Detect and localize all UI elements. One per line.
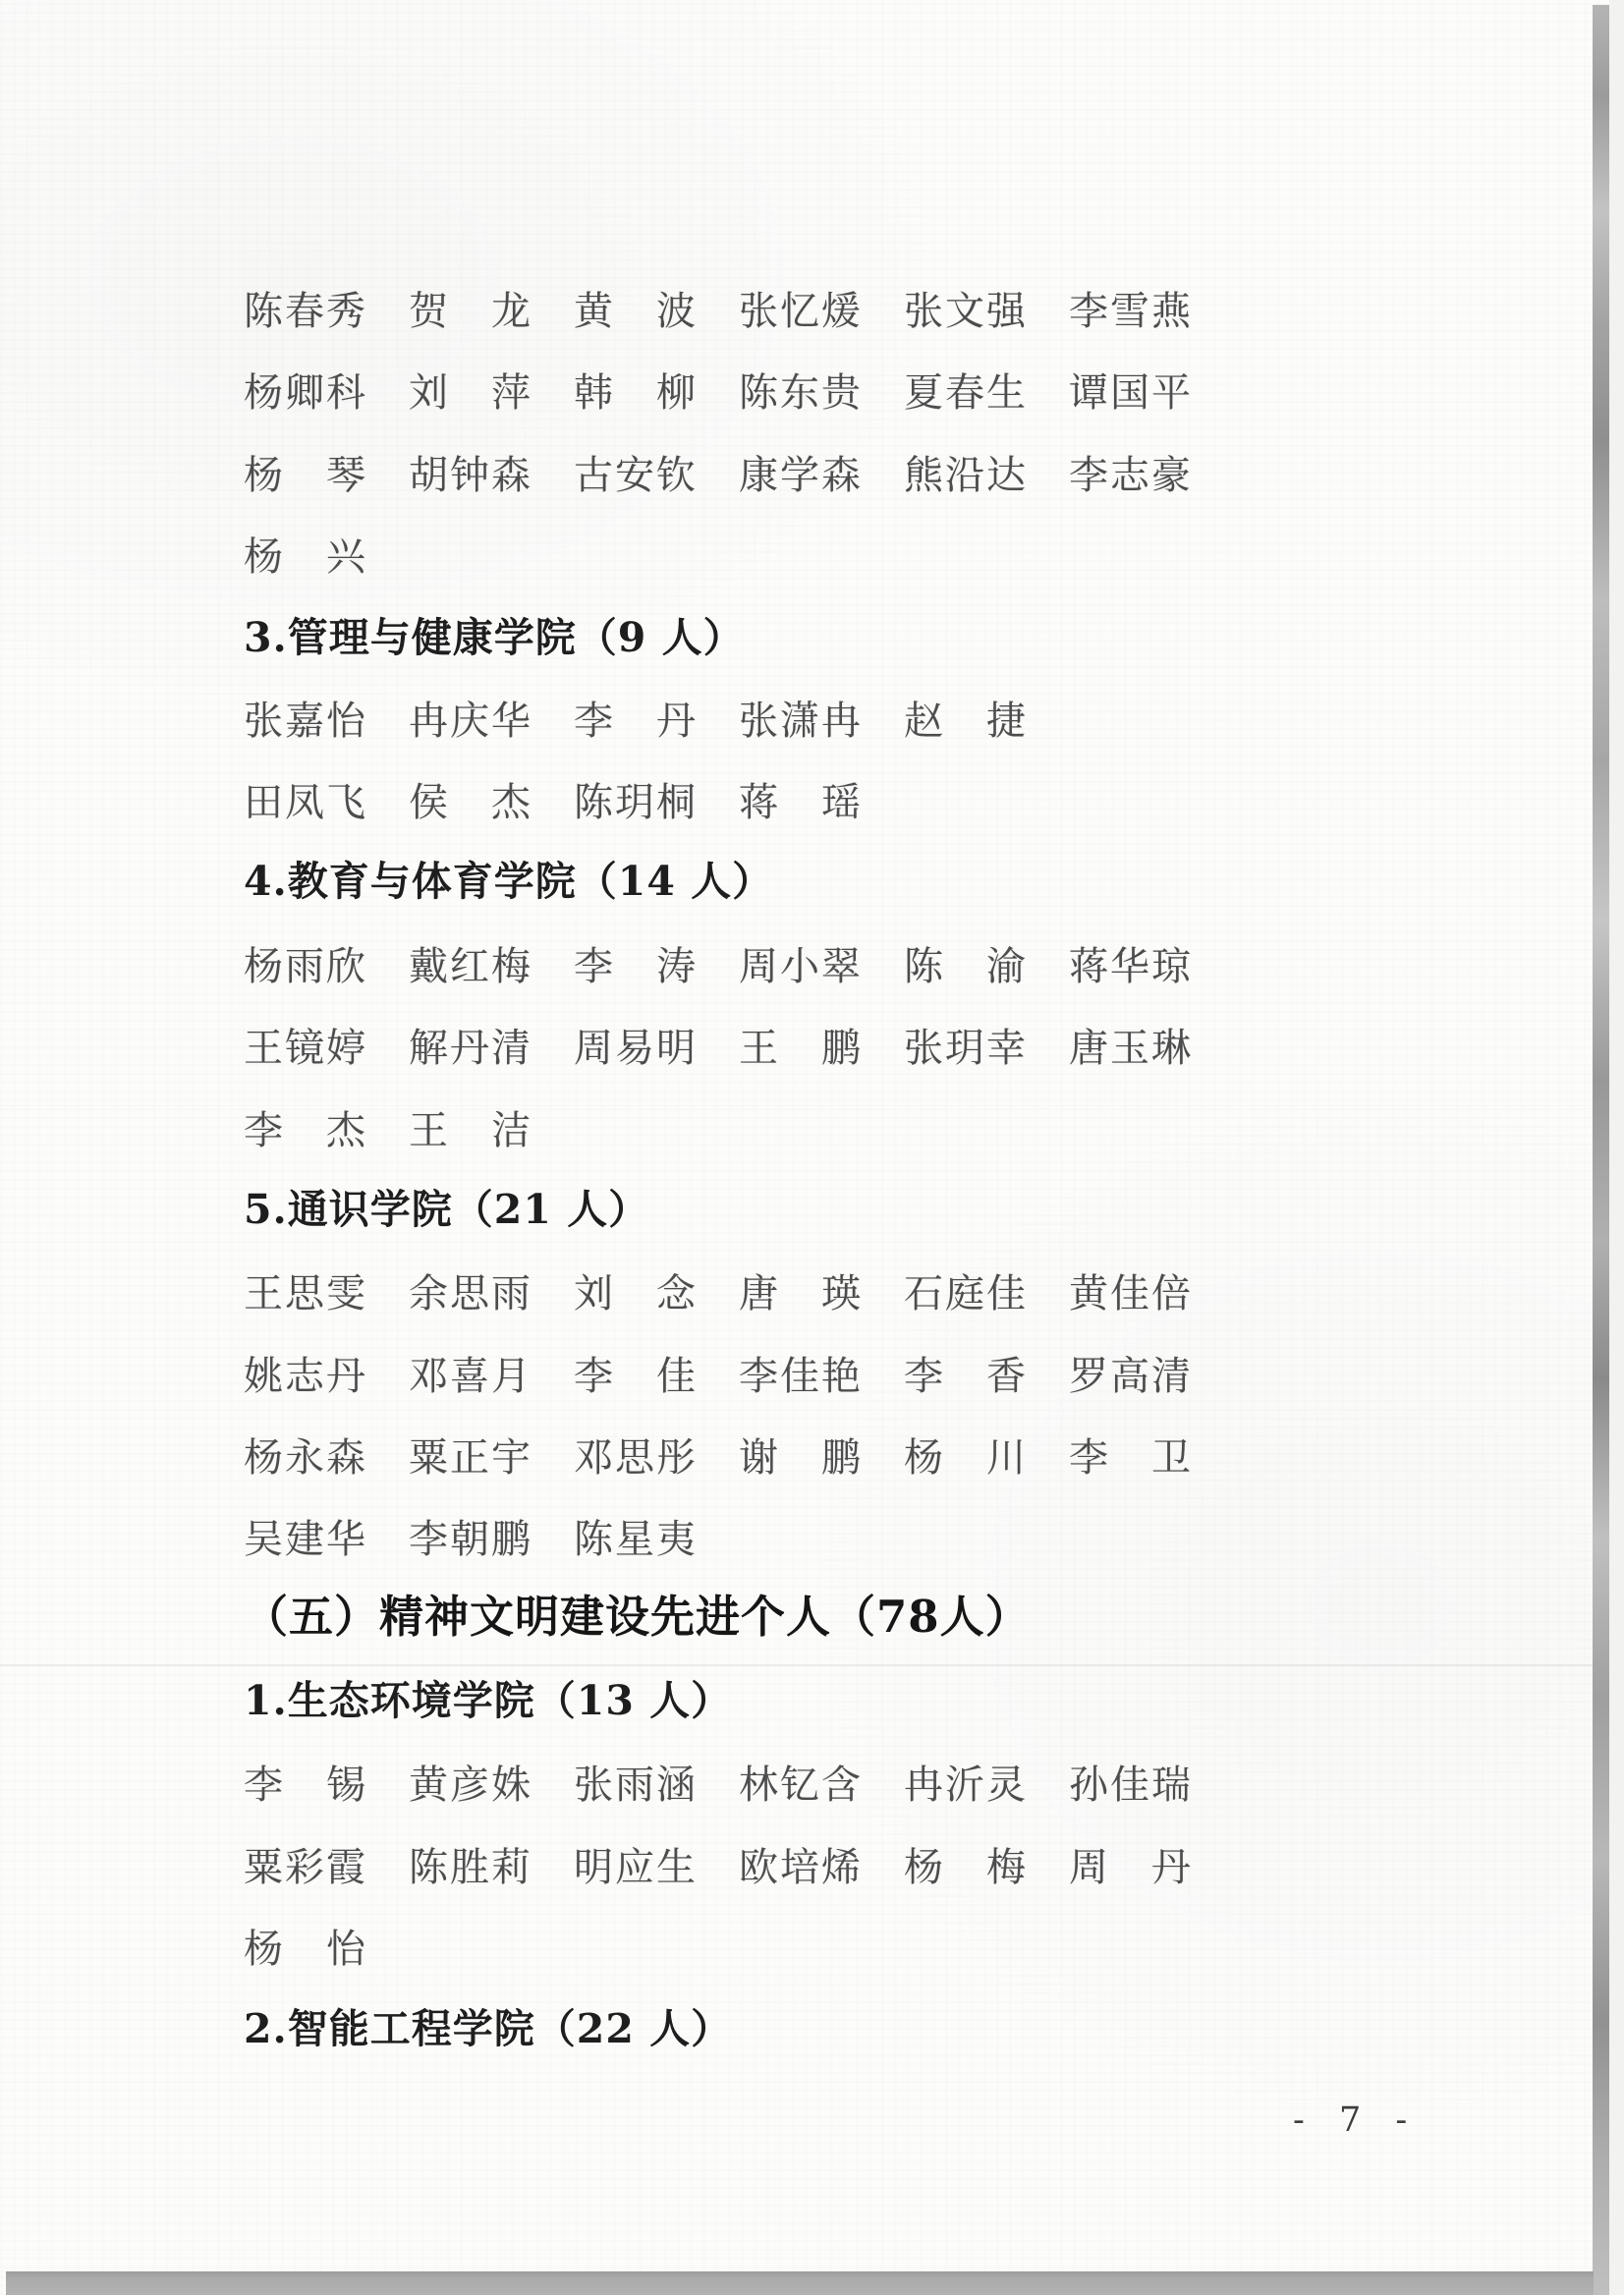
chapter-heading: （五）精神文明建设先进个人（78人） bbox=[244, 1592, 1031, 1643]
section-heading: 5.通识学院（21 人） bbox=[244, 1187, 649, 1233]
scanned-page: 陈春秀 贺 龙 黄 波 张忆煖 张文强 李雪燕 杨卿科 刘 萍 韩 柳 陈东贵 … bbox=[0, 0, 1624, 2295]
name-row: 杨 怡 bbox=[244, 1927, 367, 1972]
page-number: - 7 - bbox=[1293, 2100, 1419, 2140]
name-row: 杨 琴 胡钟森 古安钦 康学森 熊沿达 李志豪 bbox=[244, 453, 1193, 498]
name-row: 杨 兴 bbox=[244, 534, 367, 580]
scan-artifact-line bbox=[0, 1664, 1593, 1666]
scan-edge-margin bbox=[1609, 0, 1624, 2295]
name-row: 姚志丹 邓喜月 李 佳 李佳艳 李 香 罗高清 bbox=[244, 1354, 1193, 1399]
name-row: 王镜婷 解丹清 周易明 王 鹏 张玥幸 唐玉琳 bbox=[244, 1026, 1193, 1071]
name-row: 陈春秀 贺 龙 黄 波 张忆煖 张文强 李雪燕 bbox=[244, 289, 1193, 334]
name-row: 李 锡 黄彦姝 张雨涵 林钇含 冉沂灵 孙佳瑞 bbox=[244, 1763, 1193, 1808]
scan-artifact-line bbox=[0, 1105, 1593, 1106]
name-row: 田凤飞 侯 杰 陈玥桐 蒋 瑶 bbox=[244, 780, 863, 825]
name-row: 杨卿科 刘 萍 韩 柳 陈东贵 夏春生 谭国平 bbox=[244, 370, 1193, 416]
section-heading: 1.生态环境学院（13 人） bbox=[244, 1678, 732, 1724]
section-heading: 2.智能工程学院（22 人） bbox=[244, 2006, 732, 2052]
name-row: 李 杰 王 洁 bbox=[244, 1108, 532, 1153]
name-row: 杨雨欣 戴红梅 李 涛 周小翠 陈 渝 蒋华琼 bbox=[244, 944, 1193, 989]
name-row: 吴建华 李朝鹏 陈星夷 bbox=[244, 1517, 698, 1562]
section-heading: 3.管理与健康学院（9 人） bbox=[244, 615, 745, 661]
name-row: 王思雯 余思雨 刘 念 唐 瑛 石庭佳 黄佳倍 bbox=[244, 1271, 1193, 1316]
name-row: 张嘉怡 冉庆华 李 丹 张潇冉 赵 捷 bbox=[244, 699, 1028, 744]
scan-edge-bottom-band bbox=[6, 2271, 1594, 2295]
name-row: 粟彩霞 陈胜莉 明应生 欧培烯 杨 梅 周 丹 bbox=[244, 1845, 1193, 1890]
section-heading: 4.教育与体育学院（14 人） bbox=[244, 859, 773, 905]
name-row: 杨永森 粟正宇 邓思彤 谢 鹏 杨 川 李 卫 bbox=[244, 1435, 1193, 1481]
scan-edge-right-band bbox=[1593, 5, 1609, 2295]
